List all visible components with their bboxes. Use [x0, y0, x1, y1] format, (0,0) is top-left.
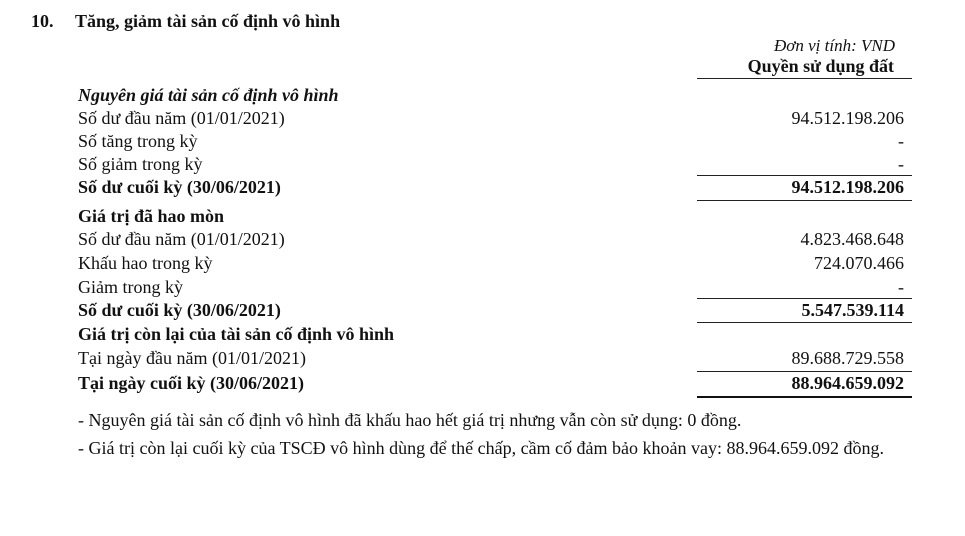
total-rule-line	[697, 322, 912, 323]
column-header-land-use-rights: Quyền sử dụng đất	[697, 56, 912, 79]
row-value: 88.964.659.092	[792, 372, 905, 395]
row-label: Khấu hao trong kỳ	[78, 252, 212, 275]
row-label: Giá trị đã hao mòn	[78, 205, 224, 228]
row-label: Số dư đầu năm (01/01/2021)	[78, 107, 285, 130]
table-row: Giá trị còn lại của tài sản cố định vô h…	[78, 323, 912, 346]
row-value: 94.512.198.206	[792, 176, 905, 199]
row-label: Số dư đầu năm (01/01/2021)	[78, 228, 285, 251]
section-title-text: Tăng, giảm tài sản cố định vô hình	[75, 11, 340, 31]
row-label: Tại ngày cuối kỳ (30/06/2021)	[78, 372, 304, 395]
row-label: Số dư cuối kỳ (30/06/2021)	[78, 299, 281, 322]
table-row: Khấu hao trong kỳ724.070.466	[78, 252, 912, 275]
total-rule-line	[697, 175, 912, 176]
row-value: -	[898, 276, 904, 299]
note-collateral: - Giá trị còn lại cuối kỳ của TSCĐ vô hì…	[78, 437, 898, 460]
row-value: 89.688.729.558	[792, 347, 905, 370]
row-label: Số tăng trong kỳ	[78, 130, 198, 153]
section-title: 10.Tăng, giảm tài sản cố định vô hình	[31, 11, 340, 32]
table-row: Số giảm trong kỳ-	[78, 153, 912, 176]
row-label: Giá trị còn lại của tài sản cố định vô h…	[78, 323, 394, 346]
total-rule-line	[697, 396, 912, 398]
table-row: Giá trị đã hao mòn	[78, 205, 912, 228]
table-row: Số dư đầu năm (01/01/2021)94.512.198.206	[78, 107, 912, 130]
row-label: Giảm trong kỳ	[78, 276, 183, 299]
table-row: Số tăng trong kỳ-	[78, 130, 912, 153]
row-value: -	[898, 153, 904, 176]
row-value: 724.070.466	[814, 252, 904, 275]
table-row: Nguyên giá tài sản cố định vô hình	[78, 84, 912, 107]
table-row: Số dư đầu năm (01/01/2021)4.823.468.648	[78, 228, 912, 251]
table-row: Tại ngày đầu năm (01/01/2021)89.688.729.…	[78, 347, 912, 370]
row-value: -	[898, 130, 904, 153]
table-row: Tại ngày cuối kỳ (30/06/2021)88.964.659.…	[78, 372, 912, 395]
total-rule-line	[697, 298, 912, 299]
row-label: Số giảm trong kỳ	[78, 153, 203, 176]
table-row: Số dư cuối kỳ (30/06/2021)94.512.198.206	[78, 176, 912, 199]
table-row: Giảm trong kỳ-	[78, 276, 912, 299]
row-label: Số dư cuối kỳ (30/06/2021)	[78, 176, 281, 199]
note-fully-depreciated: - Nguyên giá tài sản cố định vô hình đã …	[78, 409, 898, 432]
section-number: 10.	[31, 11, 75, 32]
currency-unit-label: Đơn vị tính: VND	[774, 36, 895, 56]
table-row: Số dư cuối kỳ (30/06/2021)5.547.539.114	[78, 299, 912, 322]
total-rule-line	[697, 371, 912, 372]
row-value: 5.547.539.114	[801, 299, 904, 322]
row-label: Nguyên giá tài sản cố định vô hình	[78, 84, 339, 107]
row-value: 94.512.198.206	[792, 107, 905, 130]
total-rule-line	[697, 200, 912, 201]
row-value: 4.823.468.648	[801, 228, 905, 251]
row-label: Tại ngày đầu năm (01/01/2021)	[78, 347, 306, 370]
